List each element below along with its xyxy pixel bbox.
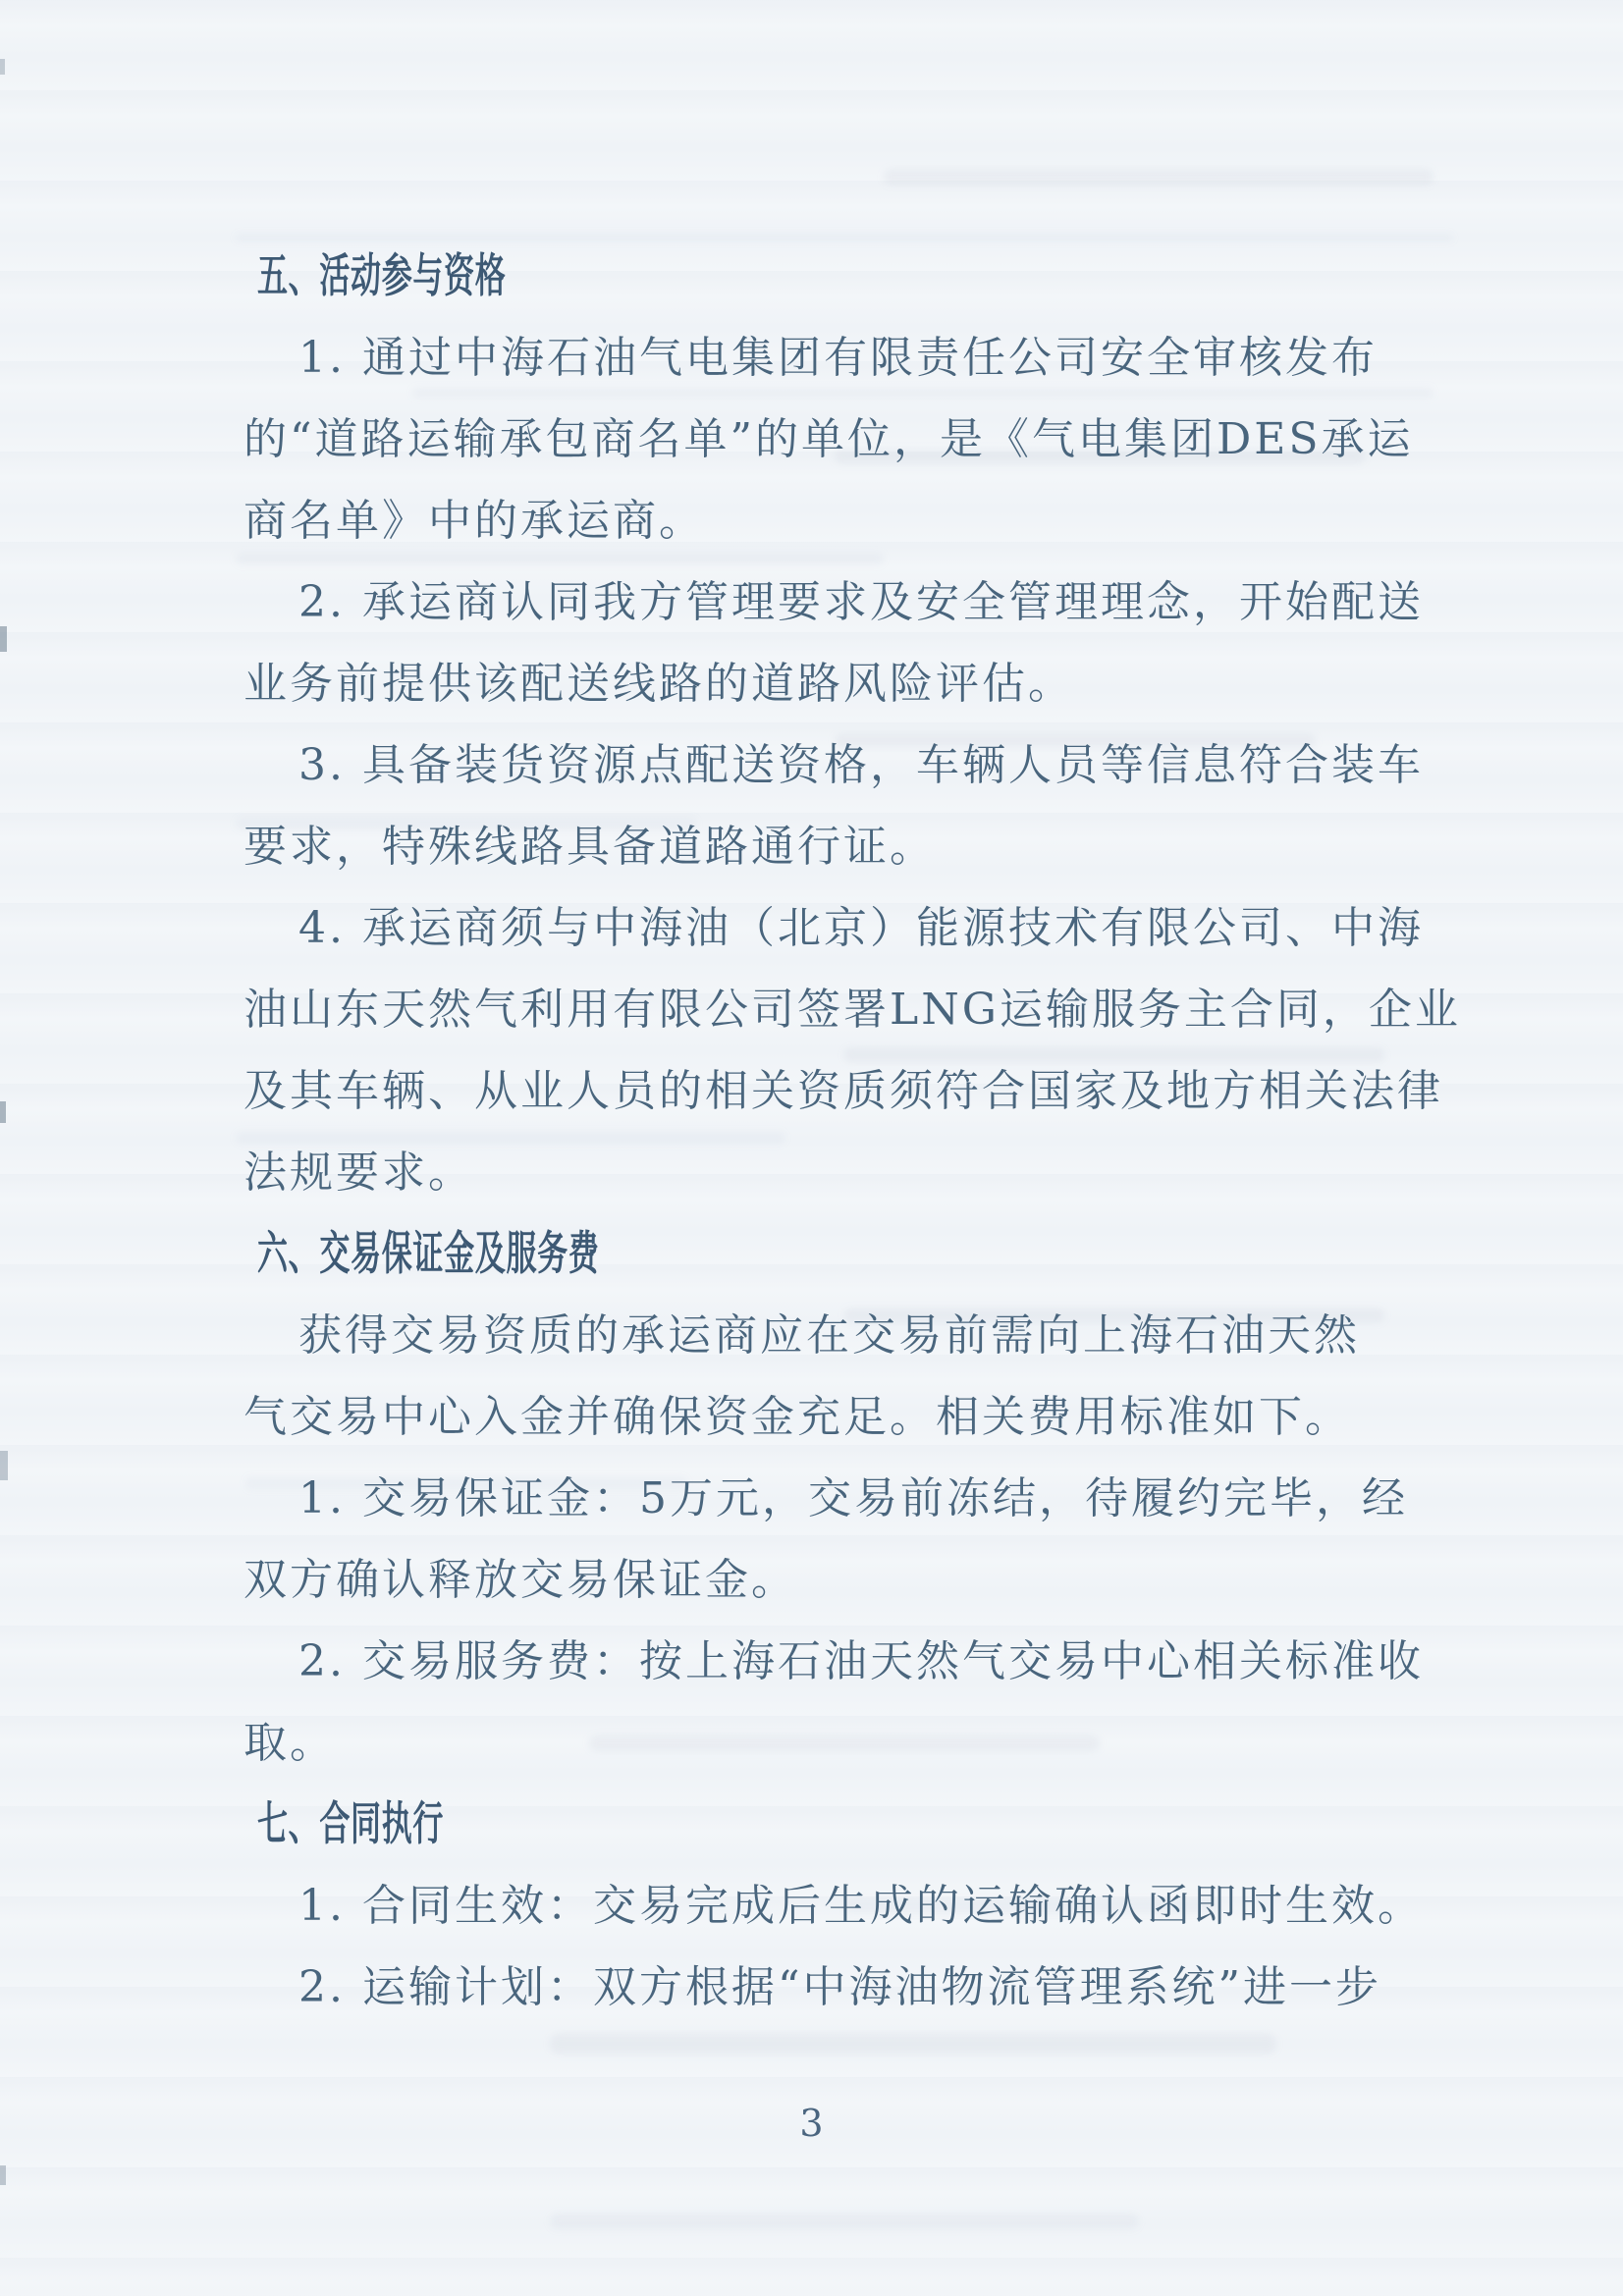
text-line: 法规要求。 xyxy=(243,1132,1451,1213)
scanned-document-page: 五、活动参与资格 1. 通过中海石油气电集团有限责任公司安全审核发布 的“道路运… xyxy=(0,0,1623,2296)
edge-speck-artifact xyxy=(0,2165,6,2185)
bleedthrough-smudge xyxy=(884,169,1434,185)
section-heading-7: 七、合同执行 xyxy=(257,1784,1046,1865)
section-heading-6: 六、交易保证金及服务费 xyxy=(257,1213,1046,1295)
text-line: 双方确认释放交易保证金。 xyxy=(243,1539,1451,1621)
text-line: 获得交易资质的承运商应在交易前需向上海石油天然 xyxy=(298,1295,1451,1376)
section-heading-5: 五、活动参与资格 xyxy=(257,236,1046,317)
text-line: 气交易中心入金并确保资金充足。相关费用标准如下。 xyxy=(243,1376,1451,1458)
text-line: 商名单》中的承运商。 xyxy=(243,480,1451,561)
edge-speck-artifact xyxy=(0,1101,6,1123)
text-line: 2. 交易服务费：按上海石油天然气交易中心相关标准收 xyxy=(298,1621,1451,1702)
text-line: 3. 具备装货资源点配送资格，车辆人员等信息符合装车 xyxy=(298,724,1451,806)
text-line: 2. 承运商认同我方管理要求及安全管理理念，开始配送 xyxy=(298,561,1451,643)
text-line: 2. 运输计划：双方根据“中海油物流管理系统”进一步 xyxy=(298,1947,1451,2028)
text-line: 业务前提供该配送线路的道路风险评估。 xyxy=(243,643,1451,724)
edge-speck-artifact xyxy=(0,59,5,75)
text-line: 取。 xyxy=(243,1702,1451,1784)
text-line: 4. 承运商须与中海油（北京）能源技术有限公司、中海 xyxy=(298,887,1451,969)
edge-speck-artifact xyxy=(0,626,7,652)
text-line: 1. 交易保证金：5万元，交易前冻结，待履约完毕，经 xyxy=(298,1458,1451,1539)
text-line: 要求，特殊线路具备道路通行证。 xyxy=(243,806,1451,887)
text-line: 1. 合同生效：交易完成后生成的运输确认函即时生效。 xyxy=(298,1865,1451,1947)
text-line: 及其车辆、从业人员的相关资质须符合国家及地方相关法律 xyxy=(243,1050,1451,1132)
bleedthrough-smudge xyxy=(550,2214,1139,2229)
edge-speck-artifact xyxy=(0,1451,8,1480)
document-body: 五、活动参与资格 1. 通过中海石油气电集团有限责任公司安全审核发布 的“道路运… xyxy=(243,236,1451,2028)
text-line: 油山东天然气利用有限公司签署LNG运输服务主合同，企业 xyxy=(243,969,1451,1050)
bleedthrough-smudge xyxy=(550,2034,1276,2054)
page-number: 3 xyxy=(0,2102,1623,2145)
text-line: 1. 通过中海石油气电集团有限责任公司安全审核发布 xyxy=(298,317,1451,399)
text-line: 的“道路运输承包商名单”的单位，是《气电集团DES承运 xyxy=(243,399,1451,480)
